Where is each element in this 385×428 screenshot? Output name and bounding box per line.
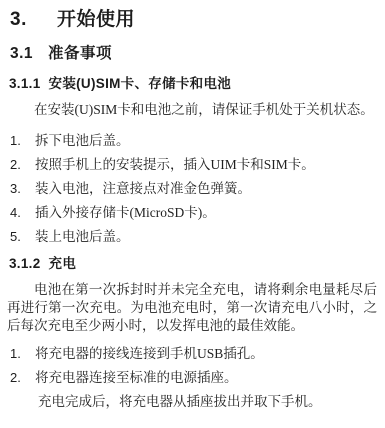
list-item-number: 1. [7,346,35,361]
list-item: 5. 装上电池后盖。 [7,229,377,244]
subsection-number: 3.1.1 [9,76,41,91]
install-intro-paragraph: 在安装(U)SIM卡和电池之前，请保证手机处于关机状态。 [7,101,377,119]
subsection-title: 充电 [49,256,77,271]
list-item: 1. 将充电器的接线连接到手机USB插孔。 [7,346,377,361]
charging-closing-paragraph: 充电完成后，将充电器从插座拔出并取下手机。 [38,394,377,409]
list-item-text: 插入外接存储卡(MicroSD卡)。 [35,205,377,220]
chapter-heading: 3.开始使用 [10,8,377,31]
list-item-text: 将充电器的接线连接到手机USB插孔。 [35,346,377,361]
install-steps-list: 1. 拆下电池后盖。 2. 按照手机上的安装提示，插入UIM卡和SIM卡。 3.… [7,133,377,244]
list-item-text: 按照手机上的安装提示，插入UIM卡和SIM卡。 [35,157,377,172]
chapter-number: 3. [10,8,57,31]
list-item: 1. 拆下电池后盖。 [7,133,377,148]
list-item: 2. 按照手机上的安装提示，插入UIM卡和SIM卡。 [7,157,377,172]
list-item-number: 1. [7,133,35,148]
list-item-text: 拆下电池后盖。 [35,133,377,148]
subsection-heading-charging: 3.1.2充电 [9,255,377,272]
list-item: 2. 将充电器连接至标准的电源插座。 [7,370,377,385]
section-number: 3.1 [10,44,48,63]
spacer [7,119,377,122]
list-item: 4. 插入外接存储卡(MicroSD卡)。 [7,205,377,220]
charging-steps-list: 1. 将充电器的接线连接到手机USB插孔。 2. 将充电器连接至标准的电源插座。 [7,346,377,385]
list-item-number: 4. [7,205,35,220]
list-item: 3. 装入电池，注意接点对准金色弹簧。 [7,181,377,196]
list-item-number: 5. [7,229,35,244]
list-item-text: 装入电池，注意接点对准金色弹簧。 [35,181,377,196]
list-item-number: 2. [7,157,35,172]
subsection-number: 3.1.2 [9,256,41,271]
subsection-title: 安装(U)SIM卡、存储卡和电池 [49,76,232,91]
list-item-number: 2. [7,370,35,385]
list-item-number: 3. [7,181,35,196]
list-item-text: 将充电器连接至标准的电源插座。 [35,370,377,385]
subsection-heading-install: 3.1.1安装(U)SIM卡、存储卡和电池 [9,75,377,92]
list-item-text: 装上电池后盖。 [35,229,377,244]
section-heading: 3.1准备事项 [10,44,377,63]
charging-intro-paragraph: 电池在第一次拆封时并未完全充电，请将剩余电量耗尽后再进行第一次充电。为电池充电时… [7,281,377,335]
section-title: 准备事项 [48,45,112,62]
manual-page: 3.开始使用 3.1准备事项 3.1.1安装(U)SIM卡、存储卡和电池 在安装… [0,0,385,428]
chapter-title: 开始使用 [57,9,135,30]
